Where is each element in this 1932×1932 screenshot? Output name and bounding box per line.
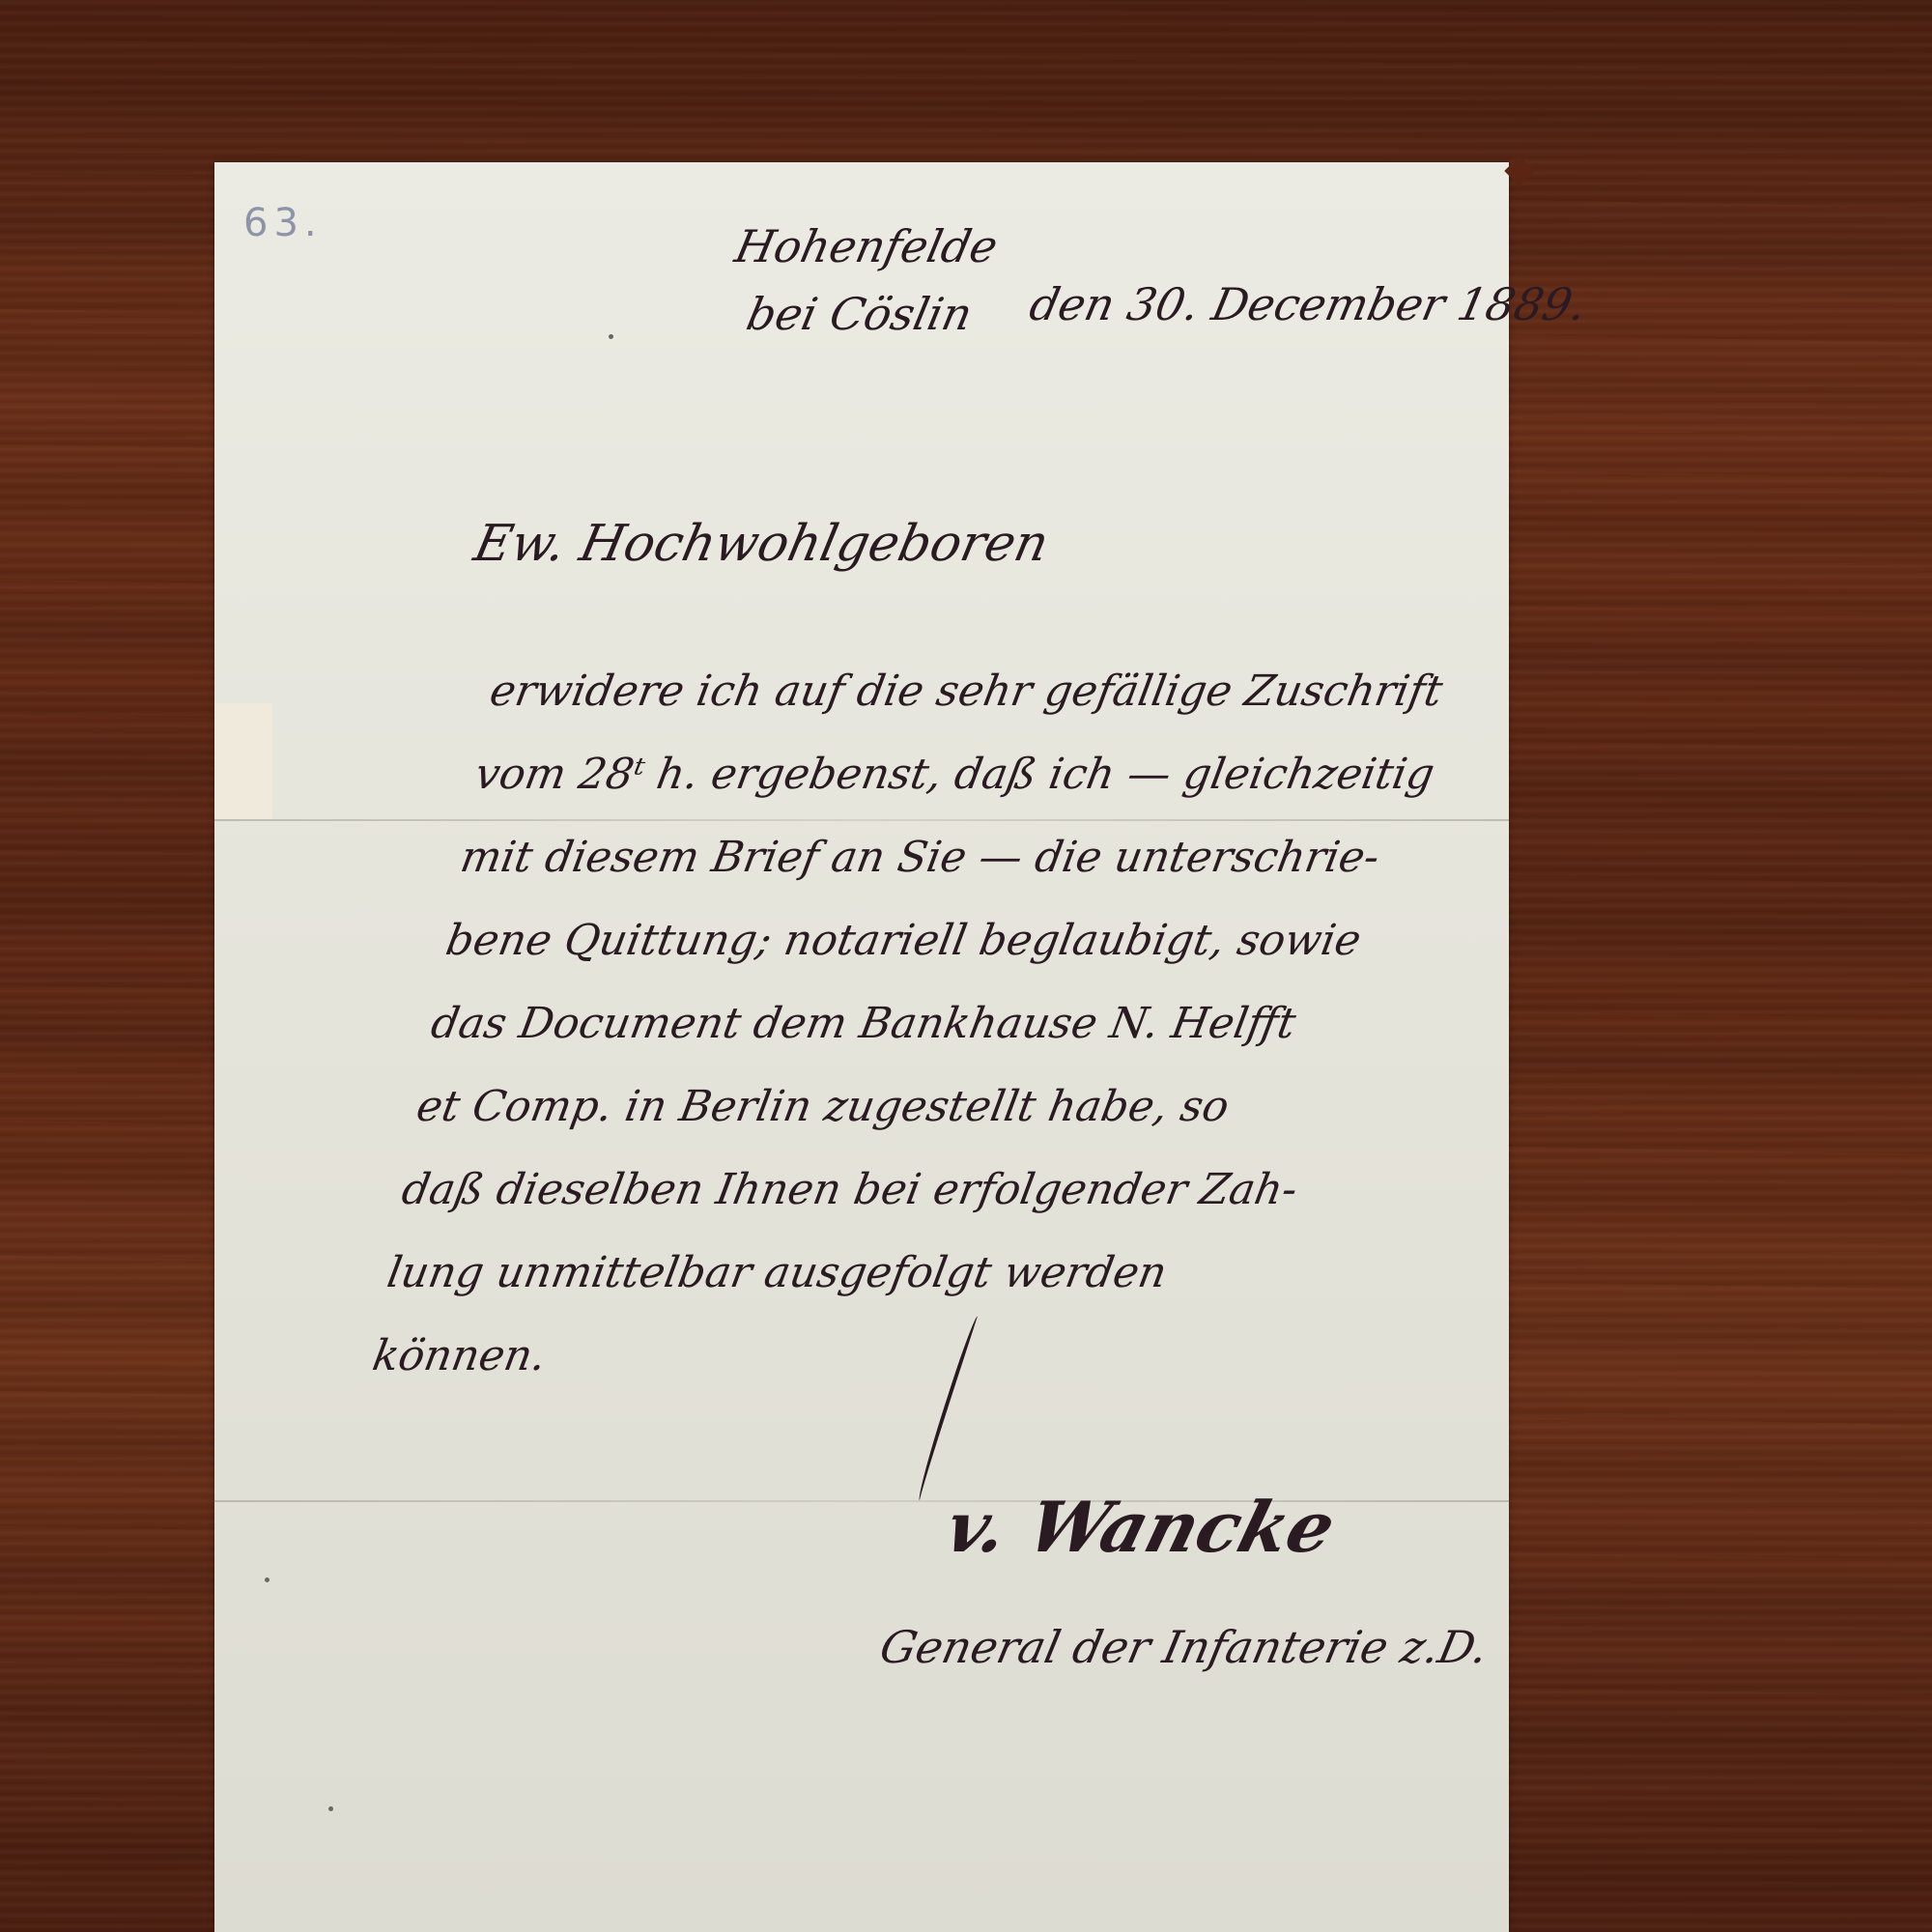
archive-number: 63. [243,201,323,245]
body-line: bene Quittung; notariell beglaubigt, sow… [440,899,1497,982]
body-line: erwidere ich auf die sehr gefällige Zusc… [483,650,1541,733]
body-line: können. [366,1315,1424,1398]
body-line: et Comp. in Berlin zugestellt habe, so [410,1065,1467,1149]
letter-date: den 30. December 1889. [1025,278,1591,330]
body-line: daß dieselben Ihnen bei erfolgender Zah- [395,1149,1453,1232]
body-line: lung unmittelbar ausgefolgt werden [381,1232,1438,1315]
place-line-1: Hohenfelde [730,220,1002,272]
place-line-2: bei Cöslin [742,288,977,340]
paper-speck [265,1577,270,1582]
paper-speck [328,1806,333,1811]
body-line: mit diesem Brief an Sie — die unterschri… [454,816,1512,899]
salutation: Ew. Hochwohlgeboren [469,515,1054,573]
torn-edge-flap [214,703,272,819]
letter-body: erwidere ich auf die sehr gefällige Zusc… [366,650,1541,1398]
signature: v. Wancke [938,1486,1345,1568]
letter-sheet: 63. Hohenfelde bei Cöslin den 30. Decemb… [214,162,1509,1932]
paper-corner [1504,156,1534,185]
paper-speck [609,334,613,339]
body-line: vom 28ᵗ h. ergebenst, daß ich — gleichze… [469,733,1526,816]
signer-title: General der Infanterie z.D. [875,1621,1492,1673]
body-line: das Document dem Bankhause N. Helfft [424,982,1482,1065]
